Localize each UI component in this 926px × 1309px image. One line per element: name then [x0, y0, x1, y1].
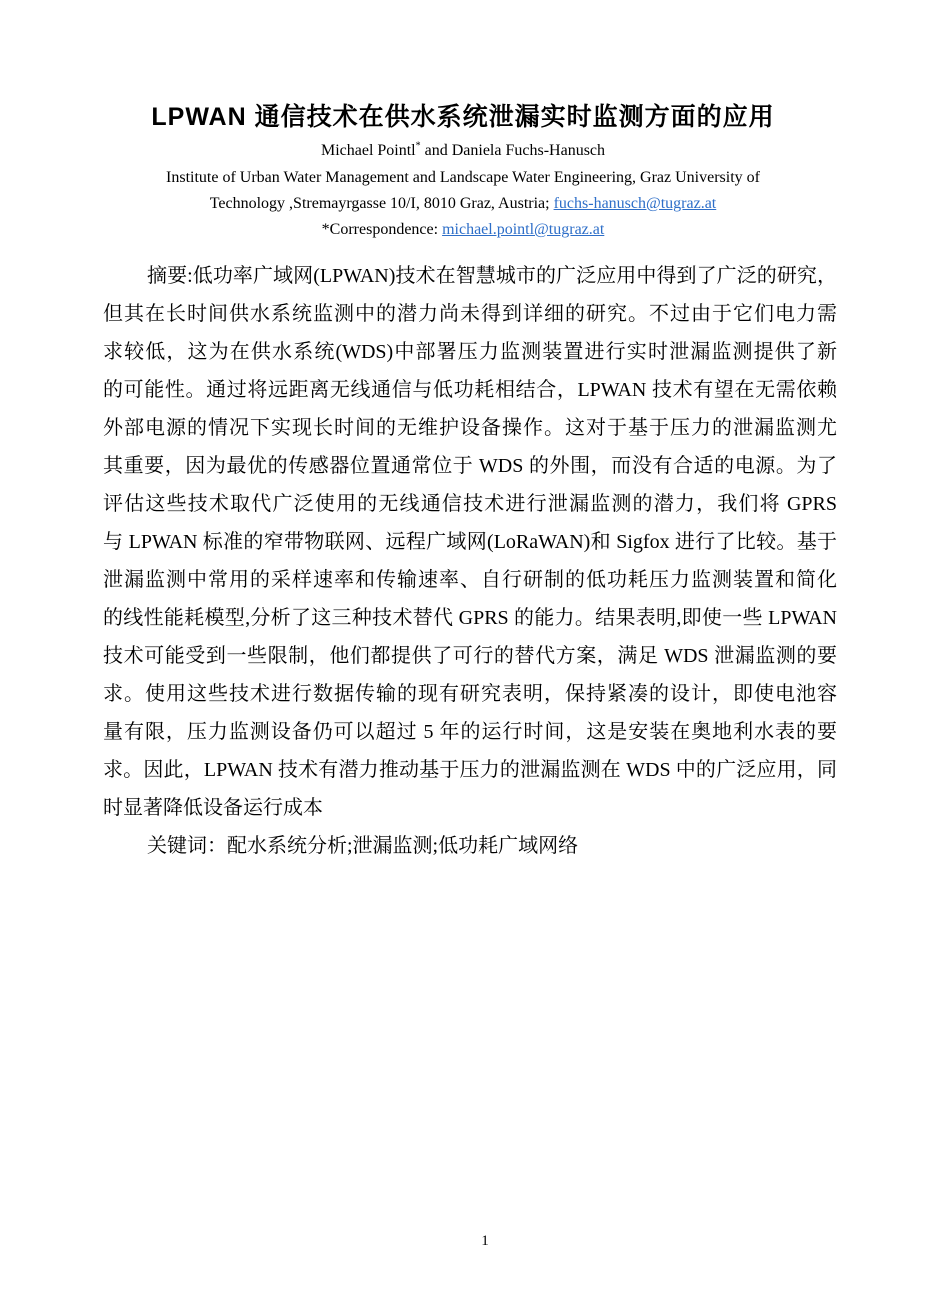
abstract-line: 但其在长时间供水系统监测中的潜力尚未得到详细的研究。不过由于它们电力需	[103, 295, 837, 333]
document-page: LPWAN 通信技术在供水系统泄漏实时监测方面的应用 Michael Point…	[0, 0, 926, 1309]
abstract-line: 摘要:低功率广域网(LPWAN)技术在智慧城市的广泛应用中得到了广泛的研究，	[103, 257, 837, 295]
keywords-line: 关键词：配水系统分析;泄漏监测;低功耗广域网络	[103, 827, 837, 865]
correspondence-line: *Correspondence: michael.pointl@tugraz.a…	[0, 221, 926, 239]
abstract-line: 求。使用这些技术进行数据传输的现有研究表明，保持紧凑的设计，即使电池容	[103, 675, 837, 713]
abstract-line: 的线性能耗模型,分析了这三种技术替代 GPRS 的能力。结果表明,即使一些 LP…	[103, 599, 837, 637]
author-names-rest: and Daniela Fuchs-Hanusch	[421, 142, 605, 159]
page-title: LPWAN 通信技术在供水系统泄漏实时监测方面的应用	[0, 97, 926, 133]
abstract-line: 的可能性。通过将远距离无线通信与低功耗相结合，LPWAN 技术有望在无需依赖	[103, 371, 837, 409]
abstract-line: 求。因此，LPWAN 技术有潜力推动基于压力的泄漏监测在 WDS 中的广泛应用，…	[103, 751, 837, 789]
authors-line: Michael Pointl* and Daniela Fuchs-Hanusc…	[0, 142, 926, 160]
correspondence-email-link[interactable]: michael.pointl@tugraz.at	[442, 221, 604, 238]
abstract-line: 与 LPWAN 标准的窄带物联网、远程广域网(LoRaWAN)和 Sigfox …	[103, 523, 837, 561]
abstract-line: 时显著降低设备运行成本	[103, 789, 837, 827]
abstract-line: 求较低，这为在供水系统(WDS)中部署压力监测装置进行实时泄漏监测提供了新	[103, 333, 837, 371]
author-name-first: Michael Pointl	[321, 142, 416, 159]
page-number: 1	[0, 1233, 926, 1250]
abstract-line: 其重要，因为最优的传感器位置通常位于 WDS 的外围，而没有合适的电源。为了	[103, 447, 837, 485]
abstract-line: 量有限，压力监测设备仍可以超过 5 年的运行时间，这是安装在奥地利水表的要	[103, 713, 837, 751]
abstract-line: 技术可能受到一些限制，他们都提供了可行的替代方案，满足 WDS 泄漏监测的要	[103, 637, 837, 675]
abstract-line: 评估这些技术取代广泛使用的无线通信技术进行泄漏监测的潜力，我们将 GPRS	[103, 485, 837, 523]
correspondence-label: *Correspondence:	[322, 221, 442, 238]
affiliation-line-1: Institute of Urban Water Management and …	[0, 169, 926, 187]
affiliation-email-link[interactable]: fuchs-hanusch@tugraz.at	[554, 195, 717, 212]
affiliation-line-2: Technology ,Stremayrgasse 10/I, 8010 Gra…	[0, 195, 926, 213]
abstract-paragraph: 摘要:低功率广域网(LPWAN)技术在智慧城市的广泛应用中得到了广泛的研究， 但…	[103, 257, 837, 865]
abstract-line: 外部电源的情况下实现长时间的无维护设备操作。这对于基于压力的泄漏监测尤	[103, 409, 837, 447]
abstract-line: 泄漏监测中常用的采样速率和传输速率、自行研制的低功耗压力监测装置和简化	[103, 561, 837, 599]
affiliation-line-2-text: Technology ,Stremayrgasse 10/I, 8010 Gra…	[210, 195, 554, 212]
